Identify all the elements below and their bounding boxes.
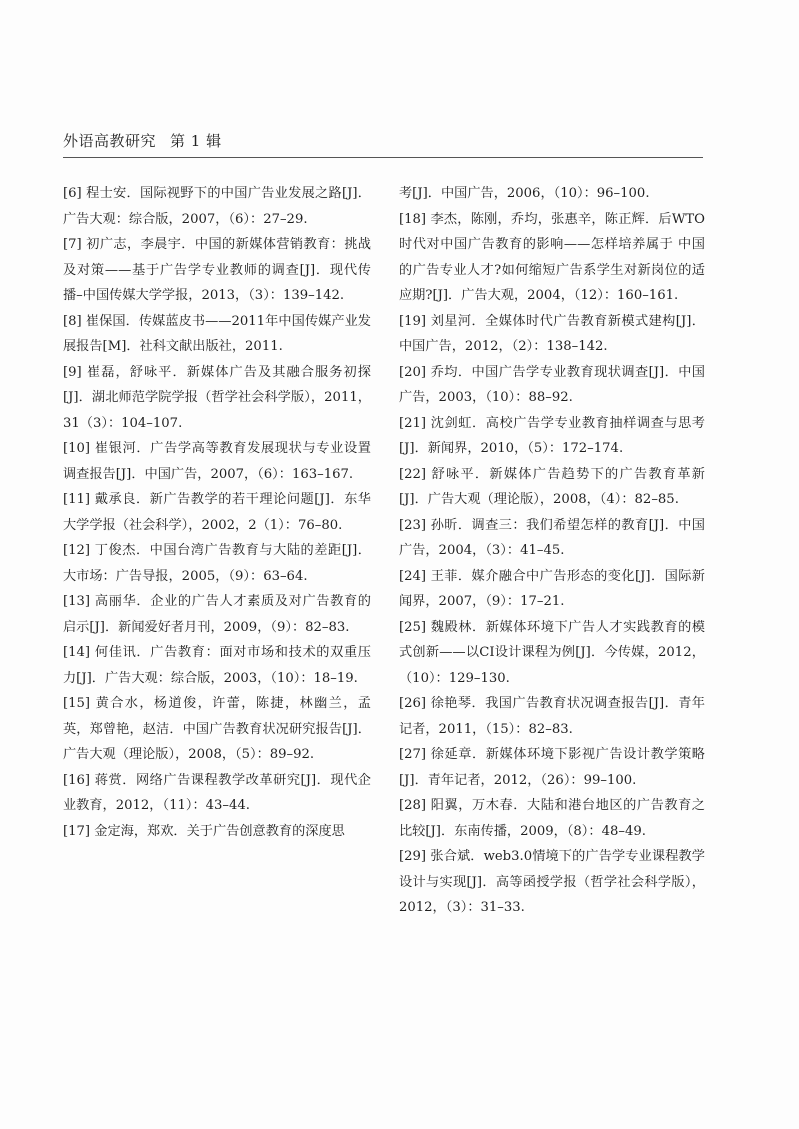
reference-27: [27] 徐延章．新媒体环境下影视广告设计教学策略[J]．青年记者，2012，（… [399, 742, 705, 793]
reference-21: [21] 沈剑虹．高校广告学专业教育抽样调查与思考[J]．新闻界，2010，（5… [399, 411, 705, 462]
reference-8: [8] 崔保国．传媒蓝皮书——2011年中国传媒产业发展报告[M]．社科文献出版… [63, 309, 371, 360]
reference-7: [7] 初广志，李晨宇．中国的新媒体营销教育：挑战及对策——基于广告学专业教师的… [63, 232, 371, 309]
reference-24: [24] 王菲．媒介融合中广告形态的变化[J]．国际新闻界，2007，（9）：1… [399, 564, 705, 615]
running-header: 外语高教研究第 1 辑 [63, 130, 222, 151]
reference-22: [22] 舒咏平．新媒体广告趋势下的广告教育革新[J]．广告大观（理论版），20… [399, 462, 705, 513]
reference-17-continued: 考[J]．中国广告，2006，（10）：96–100. [399, 181, 705, 207]
reference-11: [11] 戴承良．新广告教学的若干理论问题[J]．东华大学学报（社会科学），20… [63, 487, 371, 538]
journal-title: 外语高教研究 [63, 132, 156, 150]
reference-14: [14] 何佳讯．广告教育：面对市场和技术的双重压力[J]．广告大观：综合版，2… [63, 640, 371, 691]
reference-12: [12] 丁俊杰．中国台湾广告教育与大陆的差距[J]．大市场：广告导报，2005… [63, 538, 371, 589]
issue-number: 第 1 辑 [170, 132, 222, 150]
header-rule [63, 157, 703, 158]
reference-13: [13] 高丽华．企业的广告人才素质及对广告教育的启示[J]．新闻爱好者月刊，2… [63, 589, 371, 640]
reference-6: [6] 程士安．国际视野下的中国广告业发展之路[J]．广告大观：综合版，2007… [63, 181, 371, 232]
reference-17: [17] 金定海，郑欢．关于广告创意教育的深度思 [63, 819, 371, 845]
reference-19: [19] 刘星河．全媒体时代广告教育新模式建构[J]．中国广告，2012，（2）… [399, 309, 705, 360]
references-right-column: 考[J]．中国广告，2006，（10）：96–100. [18] 李杰，陈刚，乔… [399, 181, 705, 921]
reference-16: [16] 蒋赏．网络广告课程教学改革研究[J]．现代企业教育，2012，（11）… [63, 768, 371, 819]
reference-15: [15] 黄合水，杨道俊，许蕾，陈捷，林幽兰，孟英，郑曾艳，赵洁．中国广告教育状… [63, 691, 371, 768]
reference-20: [20] 乔均．中国广告学专业教育现状调查[J]．中国广告，2003，（10）：… [399, 360, 705, 411]
references-left-column: [6] 程士安．国际视野下的中国广告业发展之路[J]．广告大观：综合版，2007… [63, 181, 371, 844]
reference-10: [10] 崔银河．广告学高等教育发展现状与专业设置调查报告[J]．中国广告，20… [63, 436, 371, 487]
reference-28: [28] 阳翼，万木春．大陆和港台地区的广告教育之比较[J]．东南传播，2009… [399, 793, 705, 844]
reference-9: [9] 崔磊，舒咏平．新媒体广告及其融合服务初探[J]．湖北师范学院学报（哲学社… [63, 360, 371, 437]
reference-29: [29] 张合斌．web3.0情境下的广告学专业课程教学设计与实现[J]．高等函… [399, 844, 705, 921]
reference-26: [26] 徐艳琴．我国广告教育状况调查报告[J]．青年记者，2011，（15）：… [399, 691, 705, 742]
reference-25: [25] 魏殿林．新媒体环境下广告人才实践教育的模式创新——以CI设计课程为例[… [399, 615, 705, 692]
reference-23: [23] 孙昕．调查三：我们希望怎样的教育[J]．中国广告，2004，（3）：4… [399, 513, 705, 564]
reference-18: [18] 李杰，陈刚，乔均，张惠辛，陈正辉．后WTO时代对中国广告教育的影响——… [399, 207, 705, 309]
